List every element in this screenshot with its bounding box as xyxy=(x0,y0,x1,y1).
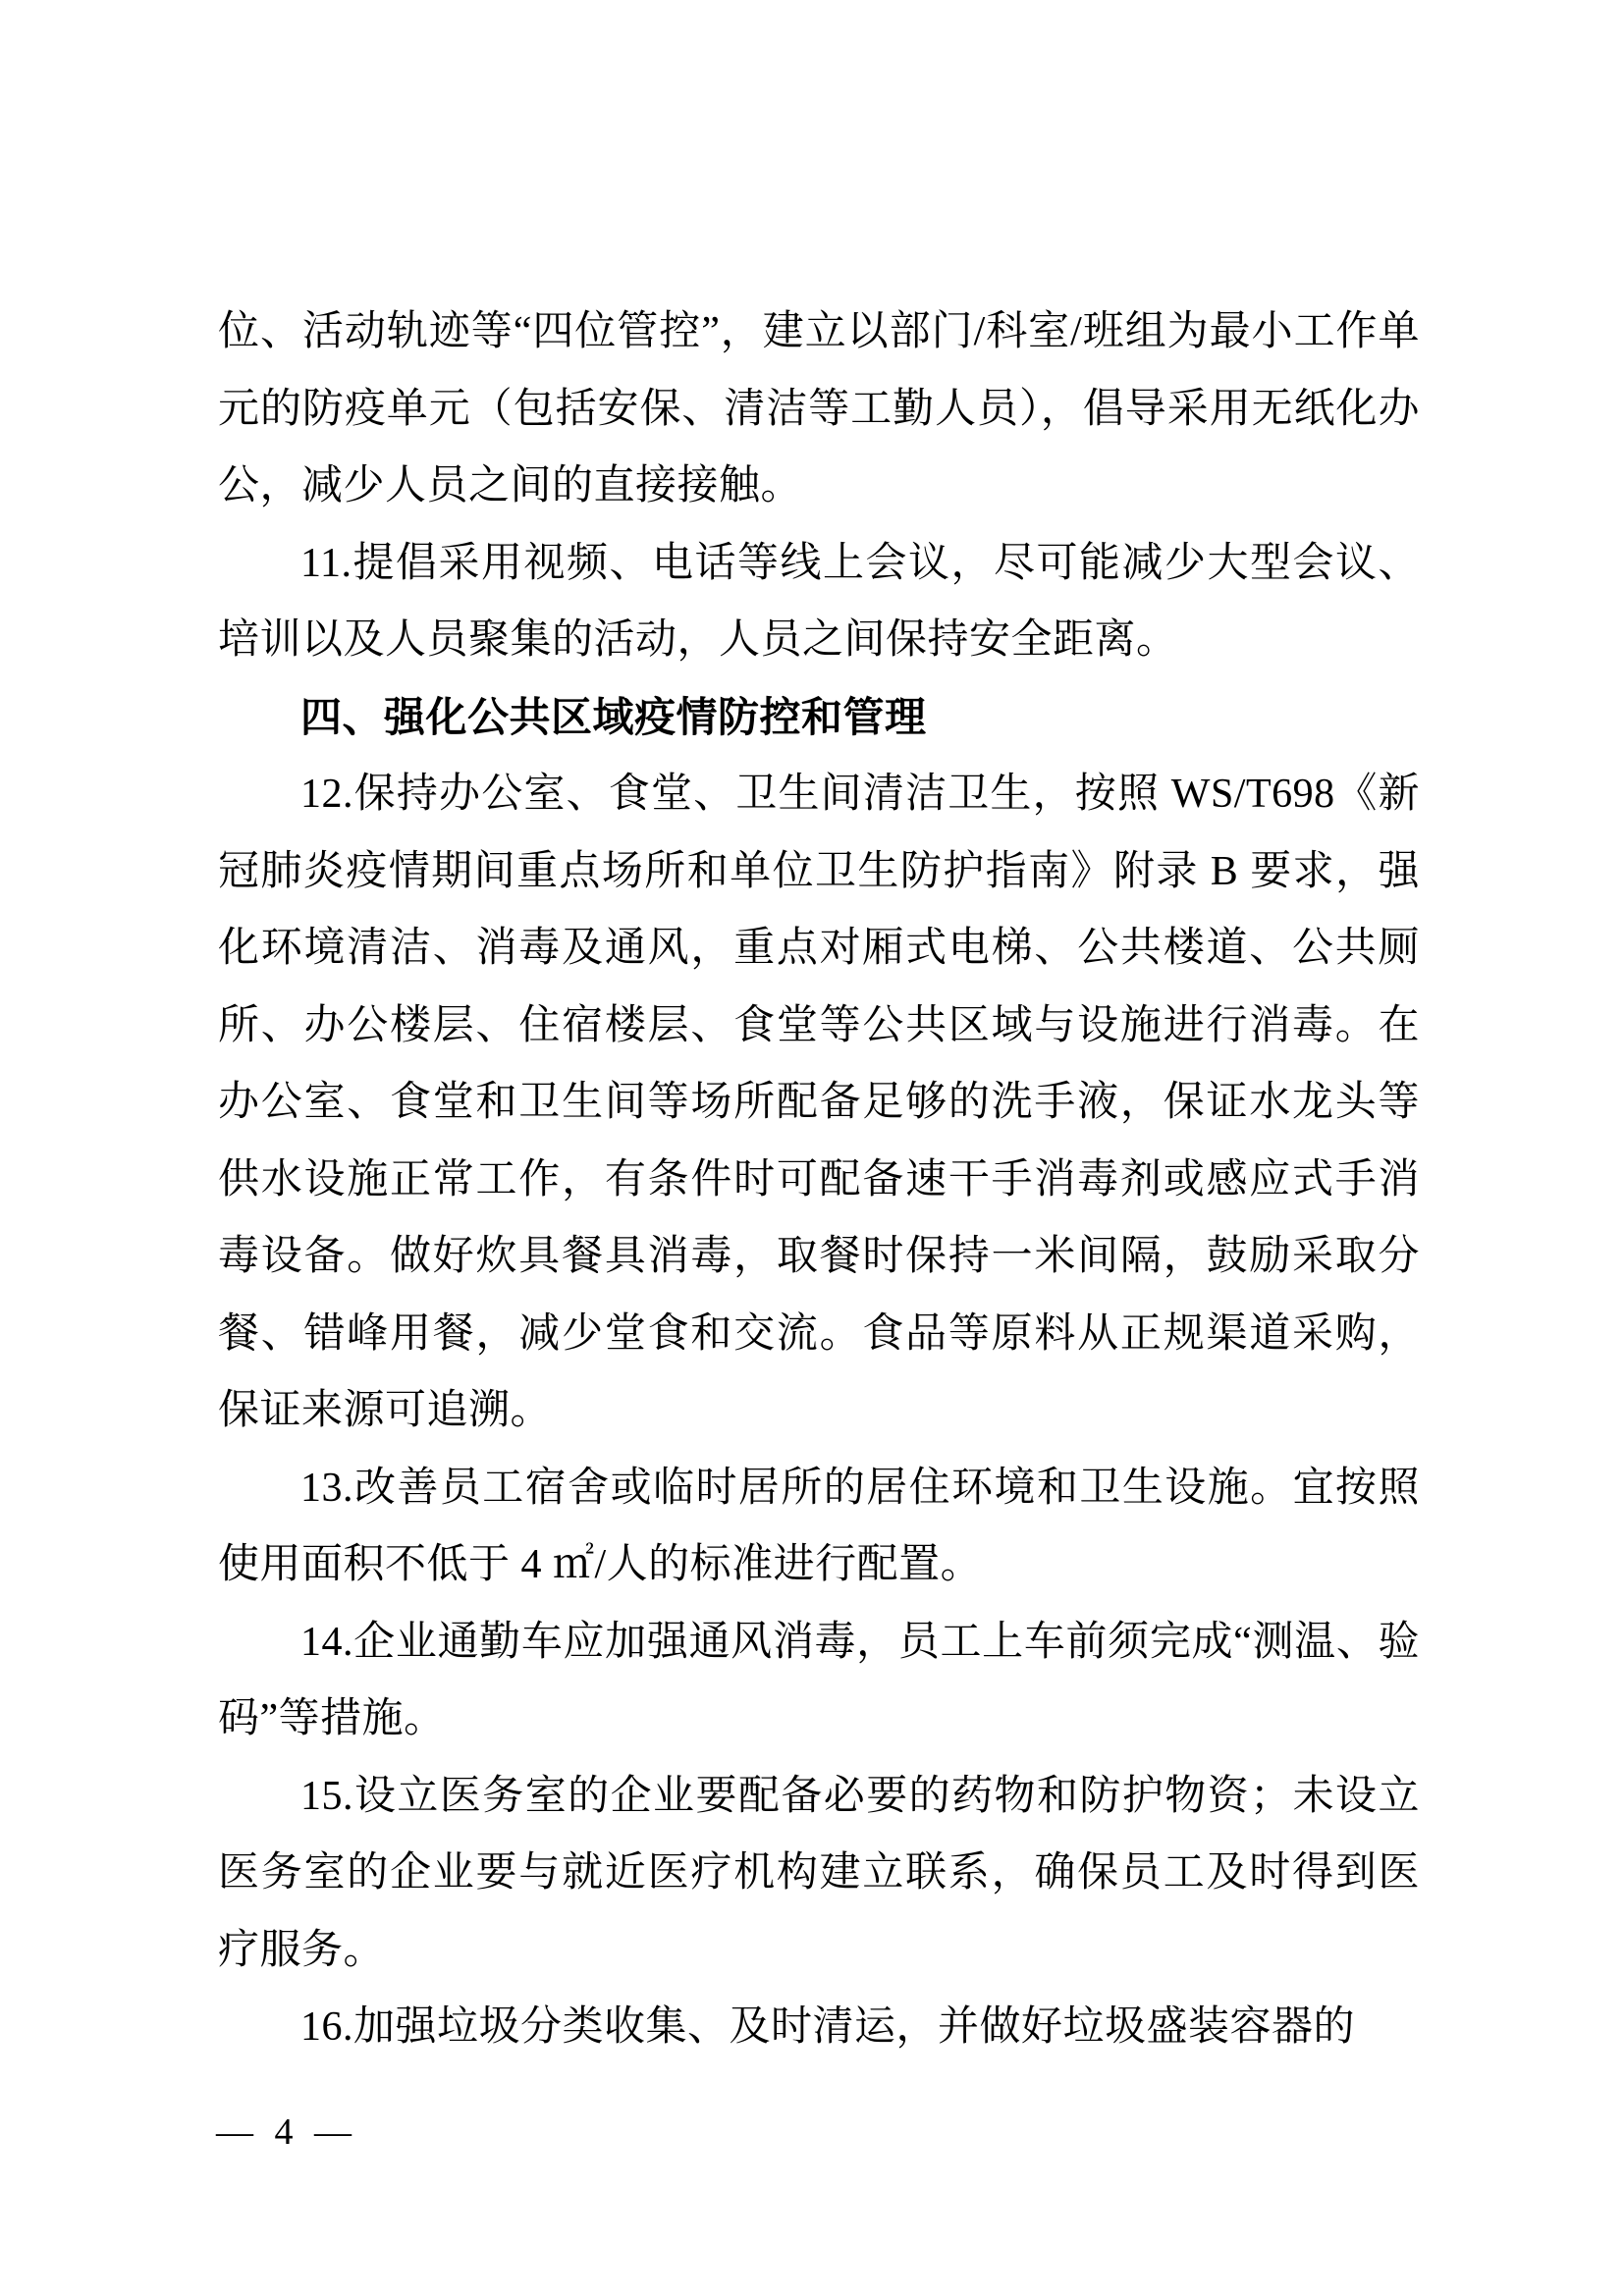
paragraph-item-16: 16.加强垃圾分类收集、及时清运，并做好垃圾盛装容器的 xyxy=(218,1989,1420,2066)
paragraph-item-11: 11.提倡采用视频、电话等线上会议，尽可能减少大型会议、培训以及人员聚集的活动，… xyxy=(218,525,1420,679)
paragraph-item-12: 12.保持办公室、食堂、卫生间清洁卫生，按照 WS/T698《新冠肺炎疫情期间重… xyxy=(218,756,1420,1450)
section-heading-4: 四、强化公共区域疫情防控和管理 xyxy=(218,679,1420,757)
page-number: — 4 — xyxy=(216,2110,357,2154)
paragraph-continued: 位、活动轨迹等“四位管控”，建立以部门/科室/班组为最小工作单元的防疫单元（包括… xyxy=(218,294,1420,525)
paragraph-item-13: 13.改善员工宿舍或临时居所的居住环境和卫生设施。宜按照使用面积不低于 4 ㎡/… xyxy=(218,1450,1420,1604)
document-content: 位、活动轨迹等“四位管控”，建立以部门/科室/班组为最小工作单元的防疫单元（包括… xyxy=(218,294,1420,2066)
paragraph-item-14: 14.企业通勤车应加强通风消毒，员工上车前须完成“测温、验码”等措施。 xyxy=(218,1604,1420,1758)
document-page: 位、活动轨迹等“四位管控”，建立以部门/科室/班组为最小工作单元的防疫单元（包括… xyxy=(0,0,1624,2296)
paragraph-item-15: 15.设立医务室的企业要配备必要的药物和防护物资；未设立医务室的企业要与就近医疗… xyxy=(218,1758,1420,1990)
